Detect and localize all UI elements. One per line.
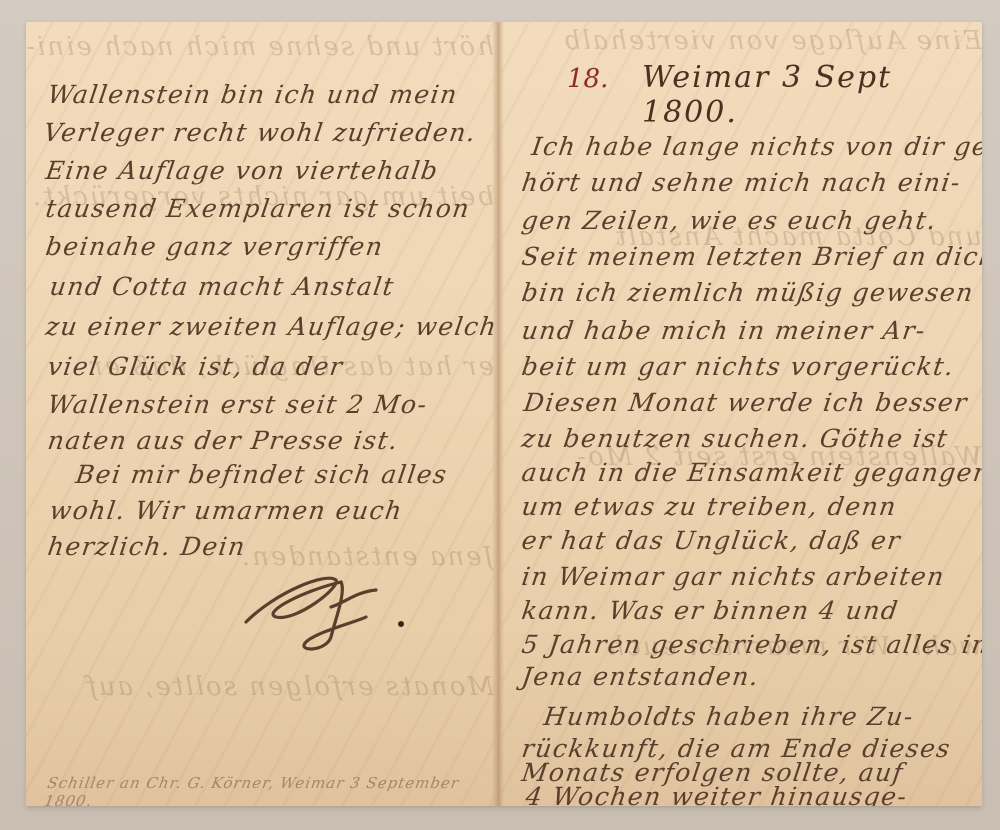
- archive-note: Schiller an Chr. G. Körner, Weimar 3 Sep…: [43, 774, 494, 806]
- letter-line: er hat das Unglück, daß er: [520, 526, 903, 555]
- letter-line: und Cotta macht Anstalt: [48, 272, 397, 301]
- letter-line: auch in die Einsamkeit gegangen: [520, 458, 982, 487]
- letter-line: viel Glück ist, da der: [46, 352, 345, 381]
- letter-line: tausend Exemplaren ist schon: [44, 194, 472, 223]
- left-page: hört und sehne mich nach eini- beit um g…: [26, 22, 494, 806]
- letter-line: 5 Jahren geschrieben, ist alles in: [520, 630, 982, 659]
- bleed-through-text: Monats erfolgen sollte, auf: [26, 672, 494, 702]
- letter-sheet: hört und sehne mich nach eini- beit um g…: [26, 22, 982, 806]
- letter-line: Wallenstein erst seit 2 Mo-: [46, 390, 430, 419]
- letter-line: zu einer zweiten Auflage; welches: [44, 312, 494, 341]
- letter-line: beinahe ganz vergriffen: [44, 232, 386, 261]
- bleed-through-text: Eine Auflage von viertehalb: [502, 26, 982, 56]
- letter-line: beit um gar nichts vorgerückt.: [520, 352, 957, 381]
- letter-line: bin ich ziemlich müßig gewesen: [520, 278, 976, 307]
- right-page: Eine Auflage von viertehalb und Cotta ma…: [502, 22, 982, 806]
- signature-flourish: [236, 562, 426, 662]
- letter-line: Verleger recht wohl zufrieden.: [42, 118, 479, 147]
- letter-line: kann. Was er binnen 4 und: [520, 596, 901, 625]
- letter-line: Seit meinem letzten Brief an dich: [520, 242, 982, 271]
- letter-line: 4 Wochen weiter hinausge-: [524, 782, 910, 806]
- letter-line: und habe mich in meiner Ar-: [520, 316, 928, 345]
- letter-date: Weimar 3 Sept 1800.: [642, 60, 982, 130]
- letter-line: zu benutzen suchen. Göthe ist: [520, 424, 950, 453]
- letter-line: Ich habe lange nichts von dir ge-: [530, 132, 982, 161]
- letter-line: Diesen Monat werde ich besser: [522, 388, 970, 417]
- letter-line: hört und sehne mich nach eini-: [520, 168, 963, 197]
- letter-line: um etwas zu treiben, denn: [520, 492, 899, 521]
- letter-line: Eine Auflage von viertehalb: [44, 156, 441, 185]
- archive-number: 18.: [567, 64, 608, 94]
- letter-line: Bei mir befindet sich alles: [74, 460, 450, 489]
- letter-line: Humboldts haben ihre Zu-: [542, 702, 916, 731]
- letter-line: herzlich. Dein: [46, 532, 248, 561]
- letter-line: gen Zeilen, wie es euch geht.: [520, 206, 939, 235]
- letter-line: Jena entstanden.: [520, 662, 762, 691]
- letter-line: naten aus der Presse ist.: [46, 426, 401, 455]
- letter-line: wohl. Wir umarmen euch: [48, 496, 405, 525]
- letter-line: Wallenstein bin ich und mein: [46, 80, 460, 109]
- bleed-through-text: hört und sehne mich nach eini-: [26, 32, 494, 62]
- letter-line: in Weimar gar nichts arbeiten: [520, 562, 947, 591]
